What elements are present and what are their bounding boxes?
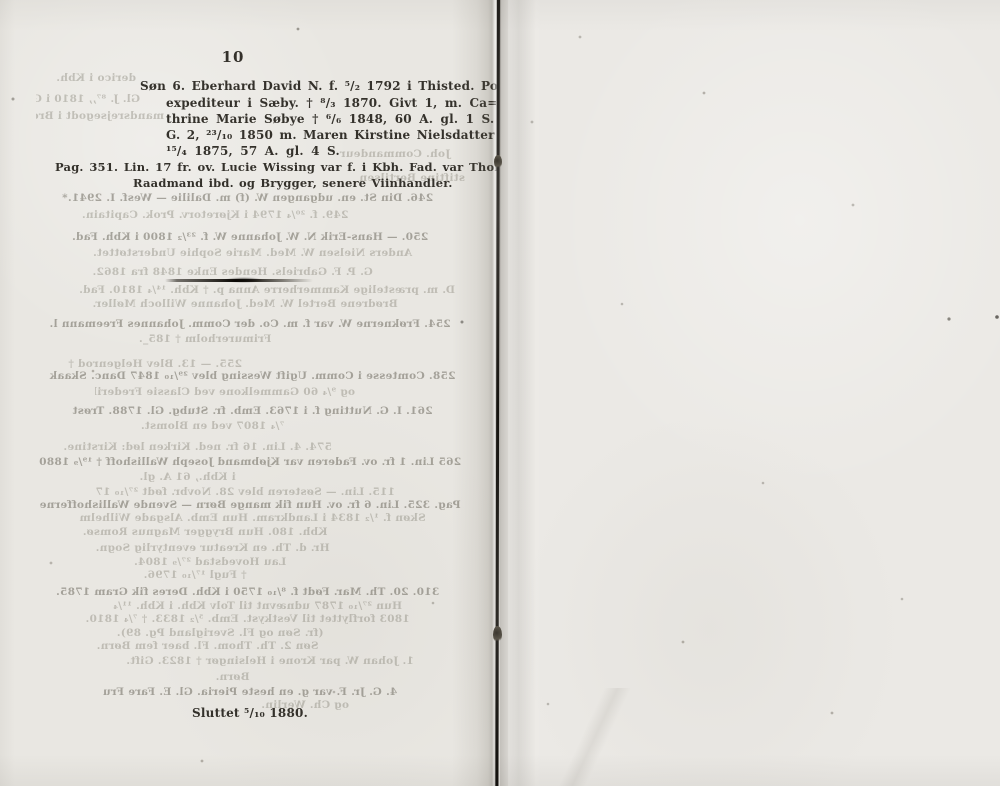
bleedthrough-line: Pag. 325. Lin. 6 fr. ov. Hun fik mange B…	[30, 499, 470, 511]
bleedthrough-line: Kbh. 180. Hun Brygger Magnus Romsø.	[60, 526, 350, 538]
bleedthrough-line: 574. 4. Lin. 16 fr. ned. Kirken lød: Kir…	[35, 441, 360, 453]
entry-line: expediteur i Sæby. † ⁸/₃ 1870. Givt 1, m…	[166, 96, 498, 110]
bleedthrough-line: Frimurerholm † 185_.	[120, 333, 290, 345]
bleedthrough-line: mandsrejsegodt i Bronn.	[36, 110, 164, 122]
bleedthrough-line: Lau Hovedstad ²⁷/₉ 1804.	[110, 556, 310, 568]
bleedthrough-line: 255. — 13. Blev Helgenrod †	[35, 358, 275, 370]
bleedthrough-line: ⁷/₄ 1807 ved en Blomst.	[120, 420, 305, 432]
bleedthrough-line: Brødrene Bertel W. Med. Johanne Willoch …	[70, 298, 420, 310]
bleedthrough-line: i Kbh., 61 A. gl.	[130, 471, 245, 483]
bleedthrough-line: Søn 2. Th. Thom. Fl. baer fem Børn.	[90, 640, 325, 652]
spine-ink-blob	[493, 626, 502, 643]
entry-line: thrine Marie Søbye † ⁶/₆ 1848, 60 A. gl.…	[166, 112, 494, 126]
book-scan: derico i Kbh.Gl. J. ⁸⁷,, 1810 i Gjödt=ma…	[0, 0, 1000, 786]
left-page: derico i Kbh.Gl. J. ⁸⁷,, 1810 i Gjödt=ma…	[0, 0, 499, 786]
bleedthrough-line: (fr. Søn og Fl. Sverigland Pg. 89).	[100, 627, 340, 639]
bleedthrough-line: 115. Lin. — Søsteren blev 28. Novbr. fød…	[95, 486, 395, 498]
bleedthrough-line: Joh. Commandeur	[330, 148, 460, 160]
bleedthrough-line: 254. Frøknerne W. var f. m. Co. der Comm…	[35, 318, 465, 330]
erratum-line: Pag. 351. Lin. 17 fr. ov. Lucie Wissing …	[55, 160, 542, 174]
bleedthrough-line: Skøn f. ¹/₂ 1834 i Landkram. Hun Emb. Al…	[50, 512, 455, 524]
bleedthrough-line: 249. f. ²⁰/₄ 1794 i Kjøretorv. Prok. Cap…	[55, 209, 375, 221]
entry-line: ¹⁵/₄ 1875, 57 A. gl. 4 S.	[166, 144, 340, 158]
ink-smudge	[165, 279, 313, 282]
right-page	[499, 0, 1000, 786]
bleedthrough-line: Hun ²⁷/₁₀ 1787 udnævnt til Tolv Kbh. i K…	[55, 600, 460, 612]
bleedthrough-line: 265 Lin. 1 fr. ov. Faderen var Kjøbmand …	[30, 456, 470, 468]
bleedthrough-line: 1. Johan W. par Krone i Helsingør † 1823…	[90, 655, 450, 667]
bleedthrough-line: Hr. d. Th. en Kreatur eventyrlig Sogn.	[90, 542, 335, 554]
bleedthrough-line: 1803 forflyttet til Vestkyst. Emb. ⁵/₂ 1…	[55, 613, 440, 625]
bleedthrough-line: G. P. F. Gabriels. Hendes Enke 1848 fra …	[60, 266, 405, 278]
page-number: 10	[203, 48, 263, 66]
entry-line: Søn 6. Eberhard David N. f. ⁵/₂ 1792 i T…	[140, 79, 521, 93]
entry-line: G. 2, ²³/₁₀ 1850 m. Maren Kirstine Niels…	[166, 128, 507, 142]
bleedthrough-line: Anders Nielsen W. Med. Marie Sophie Unde…	[75, 247, 430, 259]
bleedthrough-line: 310. 20. Th. Mar. Født f. ⁸/₁₀ 1750 i Kb…	[30, 586, 465, 598]
closing-line: Sluttet ⁵/₁₀ 1880.	[190, 706, 310, 720]
bleedthrough-line: 250. — Hans-Erik N. W. Johanne W. f. ²³/…	[35, 231, 465, 243]
bleedthrough-line: † Fugl ¹⁷/₁₀ 1796.	[115, 569, 275, 581]
bleedthrough-line: 246. Din St. en. udgangen W. (f) m. Dali…	[55, 192, 440, 204]
bleedthrough-line: og ⁹/₄ 60 Gammelkone ved Classie Frederi…	[95, 386, 355, 398]
bleedthrough-line: Børn.	[205, 671, 260, 683]
bleedthrough-line: Gl. J. ⁸⁷,, 1810 i Gjödt=	[36, 93, 140, 105]
bleedthrough-line: 4. G. Jr. F. var g. en heste Pieria. Gl.…	[35, 686, 465, 698]
paper-specks	[0, 0, 2, 2]
spine-ink-blob	[494, 155, 502, 169]
bleedthrough-line: derico i Kbh.	[52, 72, 140, 84]
bleedthrough-line: D. m. præstelige Kammerherre Anna p. † K…	[80, 284, 455, 296]
erratum-line: Raadmand ibd. og Brygger, senere Viinhan…	[133, 176, 453, 190]
bleedthrough-line: 261. I. G. Nutting f. i 1763. Emb. fr. S…	[35, 405, 470, 417]
bleedthrough-line: 258. Comtesse i Comm. Ugift Wessing blev…	[35, 370, 470, 382]
